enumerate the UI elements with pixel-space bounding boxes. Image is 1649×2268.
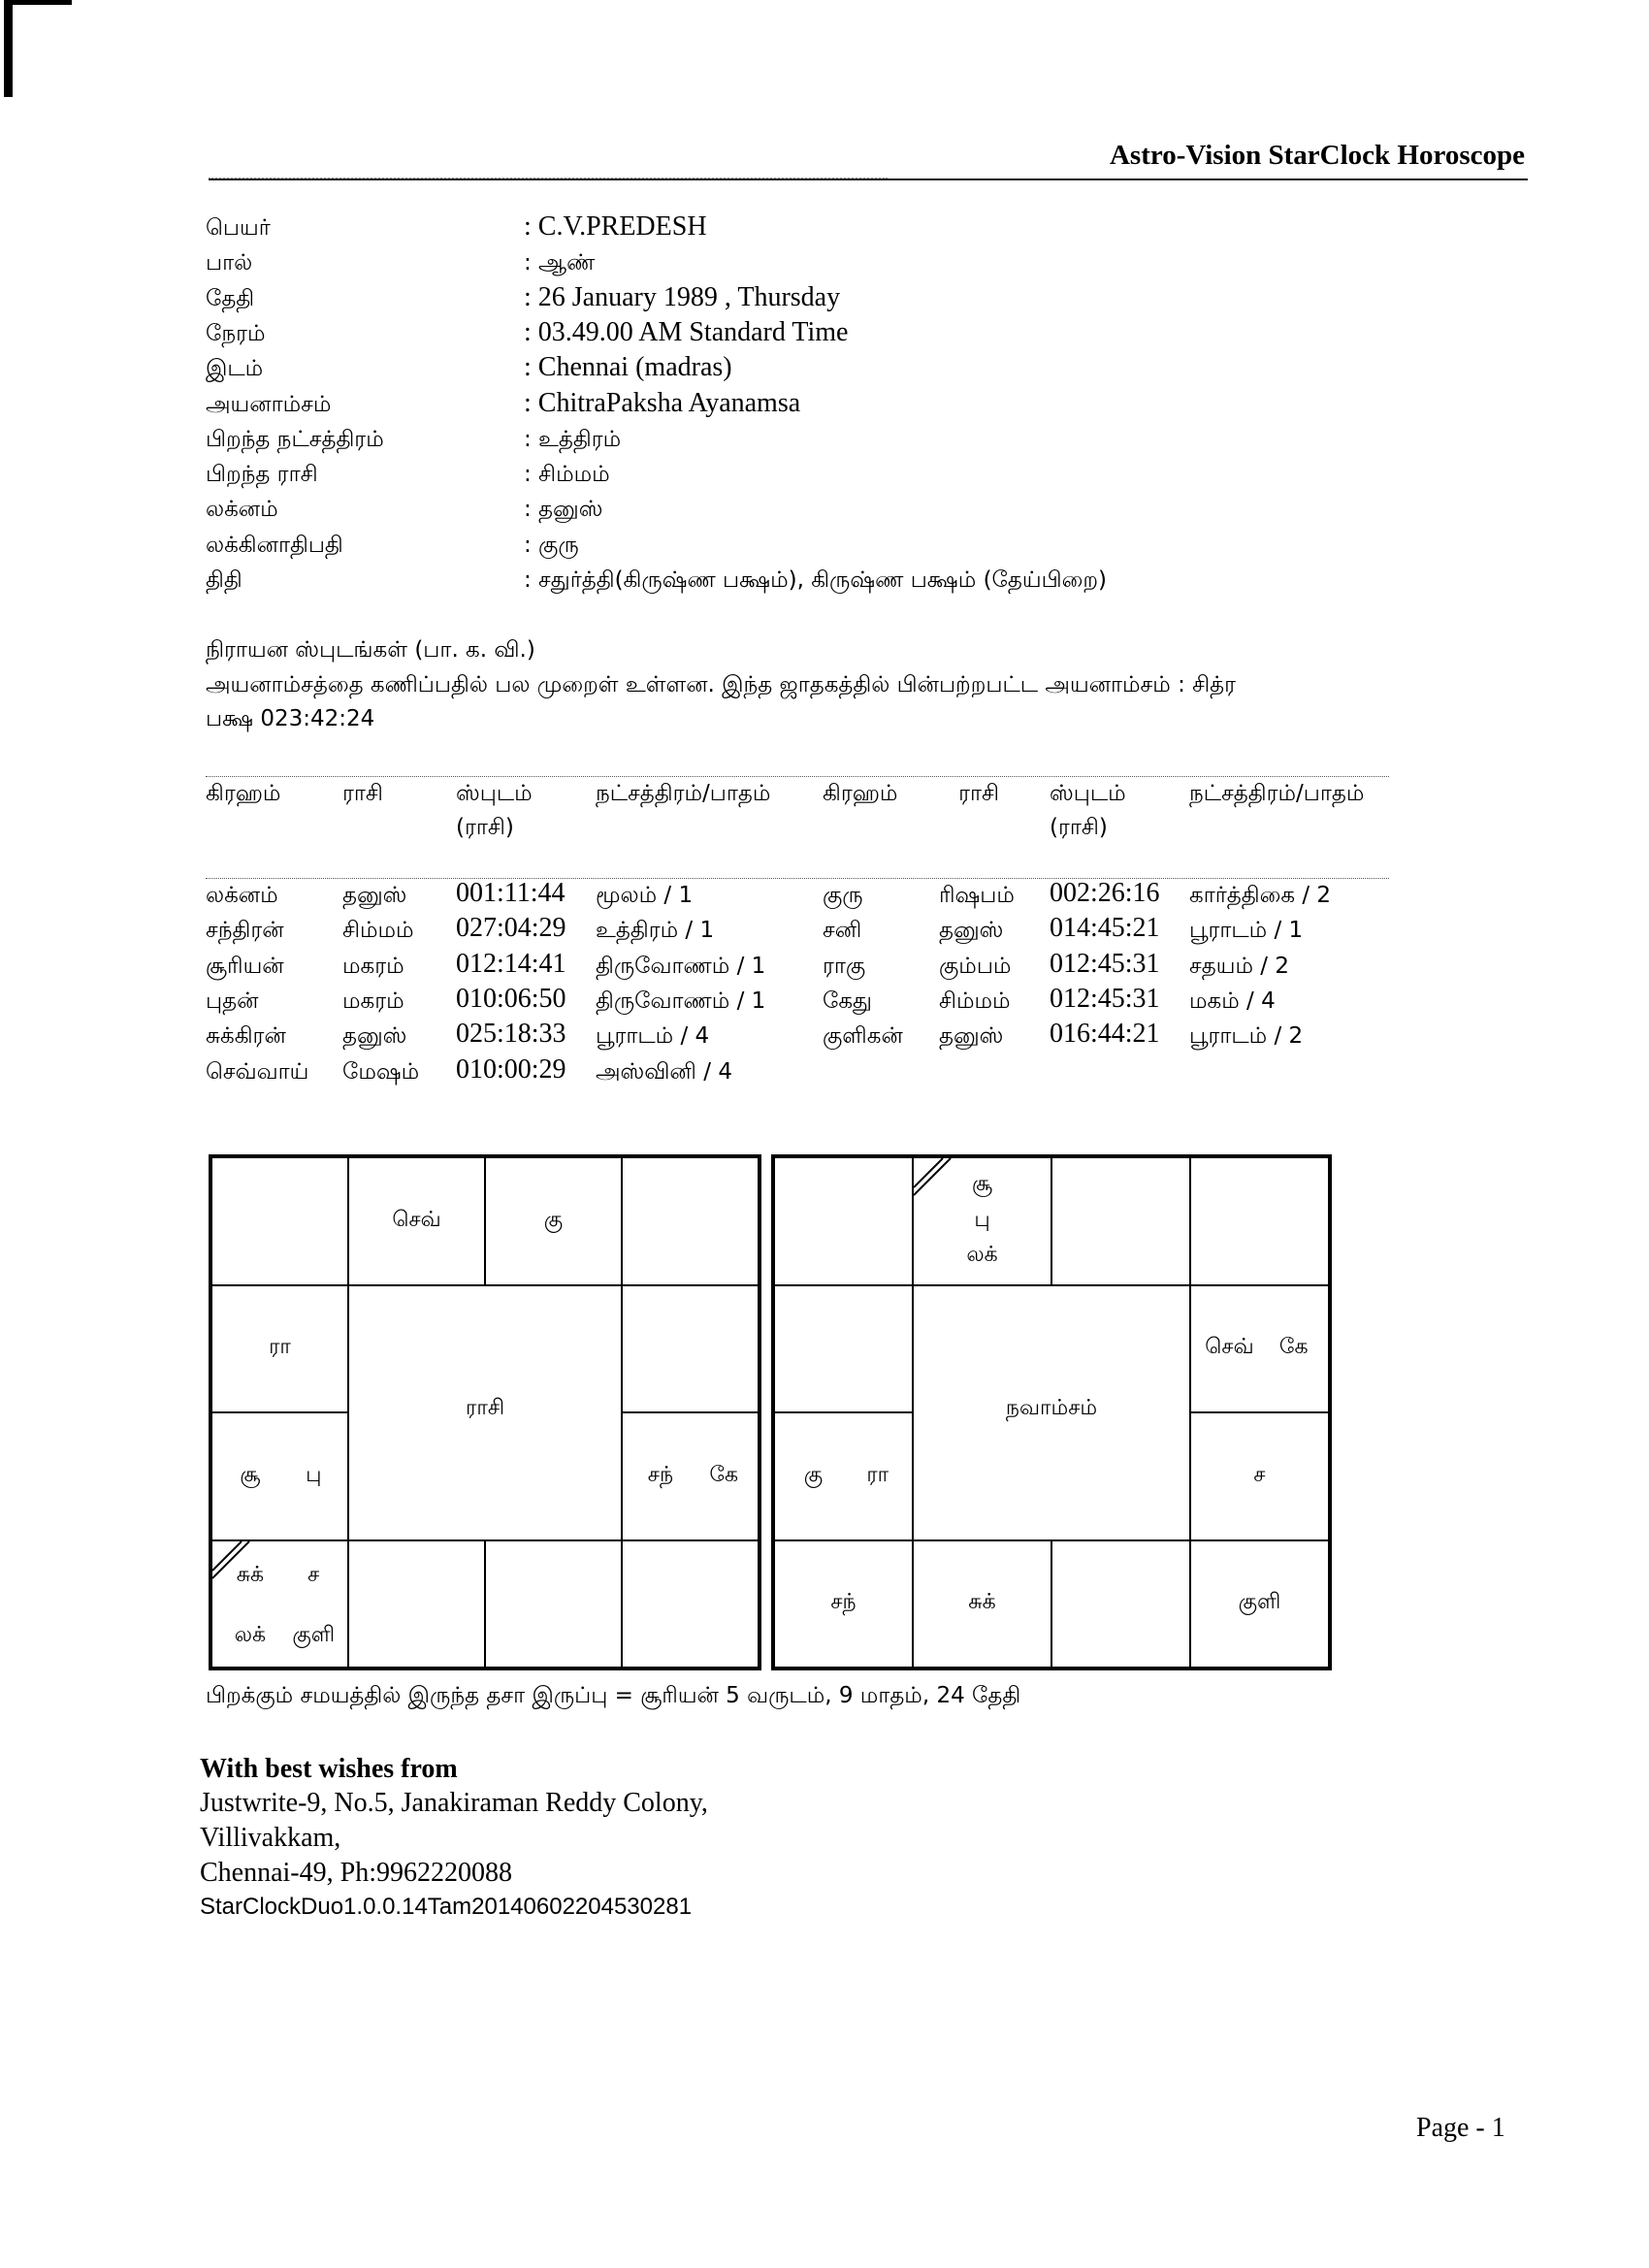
table-cell: தனுஸ்	[342, 883, 406, 911]
table-cell: 001:11:44	[456, 878, 566, 909]
navamsa-house-r3c1: சுக்	[913, 1540, 1051, 1669]
info-value: : ஆண்	[524, 250, 595, 278]
rasi-house-r0c0	[211, 1157, 348, 1285]
info-label: லக்கினாதிபதி	[206, 533, 343, 561]
nirayana-title: நிராயன ஸ்புடங்கள் (பா. க. வி.)	[206, 637, 535, 665]
info-row: லக்னம்: தனுஸ்	[206, 497, 1564, 532]
table-header: ஸ்புடம்	[1050, 781, 1126, 809]
table-cell: பூராடம் / 1	[1189, 918, 1303, 946]
info-label: திதி	[206, 567, 242, 596]
scan-corner-mark	[4, 0, 13, 97]
rasi-planet: செவ்	[392, 1208, 440, 1235]
info-row: லக்கினாதிபதி: குரு	[206, 533, 1564, 567]
table-cell: சனி	[823, 918, 861, 946]
table-header: ஸ்புடம்	[456, 781, 533, 809]
navamsa-house-r2c3: ச	[1190, 1412, 1329, 1540]
footer-address-3: Chennai-49, Ph:9962220088	[200, 1858, 512, 1889]
table-cell: மூலம் / 1	[596, 883, 693, 911]
navamsa-house-r1c0	[774, 1285, 913, 1413]
table-top-rule	[206, 776, 1389, 777]
table-cell: கும்பம்	[939, 954, 1011, 982]
rasi-chart: செவ்குராசூபுசந்கேசுக்சலக்குளிராசி	[209, 1154, 761, 1670]
header-rule	[209, 178, 1528, 180]
navamsa-house-r1c3: செவ்கே	[1190, 1285, 1329, 1413]
dasa-balance: பிறக்கும் சமயத்தில் இருந்த தசா இருப்பு =…	[206, 1683, 1020, 1711]
navamsa-planet: ரா	[866, 1463, 889, 1490]
navamsa-planet: சூ	[972, 1172, 992, 1199]
info-value: : 03.49.00 AM Standard Time	[524, 317, 848, 348]
info-label: பால்	[206, 250, 252, 278]
navamsa-center: நவாம்சம்	[913, 1285, 1190, 1540]
table-cell: 012:14:41	[456, 949, 566, 980]
table-cell: திருவோணம் / 1	[596, 988, 765, 1017]
navamsa-planet: கே	[1279, 1335, 1309, 1362]
info-label: அயனாம்சம்	[206, 392, 331, 420]
rasi-planet: சூ	[240, 1463, 260, 1490]
table-cell: கேது	[823, 988, 872, 1017]
table-cell: 016:44:21	[1050, 1019, 1160, 1050]
table-cell: தனுஸ்	[939, 918, 1003, 946]
navamsa-house-r0c2	[1051, 1157, 1190, 1285]
table-header: கிரஹம்	[823, 781, 897, 809]
table-cell: மகரம்	[342, 954, 404, 982]
table-cell: தனுஸ்	[342, 1023, 406, 1052]
info-value: : C.V.PREDESH	[524, 211, 707, 243]
rasi-house-r1c0: ரா	[211, 1285, 348, 1413]
table-cell: கார்த்திகை / 2	[1189, 883, 1331, 911]
info-label: லக்னம்	[206, 497, 278, 525]
info-value: : உத்திரம்	[524, 427, 621, 455]
info-row: பிறந்த நட்சத்திரம்: உத்திரம்	[206, 427, 1564, 462]
rasi-house-r3c2	[485, 1540, 622, 1669]
table-cell: 002:26:16	[1050, 878, 1160, 909]
table-cell: திருவோணம் / 1	[596, 954, 765, 982]
info-value: : குரு	[524, 533, 579, 561]
rasi-planet: ரா	[269, 1335, 291, 1362]
info-row: பெயர்: C.V.PREDESH	[206, 215, 1564, 250]
rasi-planet: சந்	[648, 1463, 673, 1490]
info-value: : 26 January 1989 , Thursday	[524, 282, 840, 313]
table-subheader: (ராசி)	[456, 815, 514, 843]
info-row: பால்: ஆண்	[206, 250, 1564, 285]
footer-address-2: Villivakkam,	[200, 1823, 340, 1854]
table-header: நட்சத்திரம்/பாதம்	[596, 781, 770, 809]
info-value: : ChitraPaksha Ayanamsa	[524, 388, 800, 419]
table-cell: அஸ்வினி / 4	[596, 1059, 732, 1087]
rasi-house-r2c0: சூபு	[211, 1412, 348, 1540]
page-number: Page - 1	[1416, 2113, 1505, 2144]
table-header-rule	[206, 878, 1389, 879]
navamsa-house-r0c0	[774, 1157, 913, 1285]
info-label: பிறந்த ராசி	[206, 462, 318, 490]
rasi-house-r3c1	[348, 1540, 485, 1669]
navamsa-planet: சந்	[830, 1590, 856, 1617]
navamsa-planet: ச	[1253, 1463, 1265, 1490]
info-row: பிறந்த ராசி: சிம்மம்	[206, 462, 1564, 497]
navamsa-house-r3c0: சந்	[774, 1540, 913, 1669]
navamsa-planet: கு	[804, 1463, 823, 1490]
rasi-house-r3c3	[622, 1540, 759, 1669]
rasi-center: ராசி	[348, 1285, 622, 1540]
table-cell: புதன்	[206, 988, 258, 1017]
table-cell: லக்னம்	[206, 883, 278, 911]
table-cell: பூராடம் / 2	[1189, 1023, 1303, 1052]
navamsa-planet: செவ்	[1205, 1335, 1253, 1362]
ayanamsa-note-line-2: பக்ஷ 023:42:24	[206, 706, 374, 734]
table-subheader: (ராசி)	[1050, 815, 1108, 843]
rasi-planet: குளி	[292, 1623, 335, 1650]
rasi-house-r0c1: செவ்	[348, 1157, 485, 1285]
rasi-house-r0c2: கு	[485, 1157, 622, 1285]
table-cell: 010:06:50	[456, 984, 566, 1015]
navamsa-chart: சூபுலக்செவ்கேகுராசசந்சுக்குளிநவாம்சம்	[771, 1154, 1332, 1670]
table-cell: 027:04:29	[456, 913, 566, 944]
rasi-planet: கு	[544, 1208, 563, 1235]
rasi-planet: லக்	[235, 1623, 266, 1650]
table-header: ராசி	[937, 781, 999, 809]
info-label: பெயர்	[206, 215, 271, 243]
navamsa-house-r2c0: குரா	[774, 1412, 913, 1540]
table-cell: 012:45:31	[1050, 949, 1160, 980]
table-cell: செவ்வாய்	[206, 1059, 308, 1087]
table-cell: சூரியன்	[206, 954, 284, 982]
table-cell: மகம் / 4	[1189, 988, 1276, 1017]
table-cell: சுக்கிரன்	[206, 1023, 286, 1052]
rasi-title: ராசி	[466, 1396, 504, 1423]
table-cell: சந்திரன்	[206, 918, 284, 946]
table-cell: சிம்மம்	[342, 918, 414, 946]
rasi-house-r0c3	[622, 1157, 759, 1285]
table-header: நட்சத்திரம்/பாதம்	[1189, 781, 1364, 809]
table-cell: 025:18:33	[456, 1019, 566, 1050]
lagna-marker-icon	[914, 1158, 962, 1207]
info-label: இடம்	[206, 356, 263, 384]
table-cell: மேஷம்	[342, 1059, 419, 1087]
table-header: கிரஹம்	[206, 781, 280, 809]
navamsa-house-r3c3: குளி	[1190, 1540, 1329, 1669]
navamsa-title: நவாம்சம்	[1006, 1396, 1097, 1423]
table-cell: ராகு	[823, 954, 865, 982]
table-cell: குரு	[823, 883, 863, 911]
info-row: அயனாம்சம்: ChitraPaksha Ayanamsa	[206, 392, 1564, 427]
table-cell: உத்திரம் / 1	[596, 918, 714, 946]
table-cell: சிம்மம்	[939, 988, 1011, 1017]
document-title: Astro-Vision StarClock Horoscope	[1110, 140, 1525, 172]
table-cell: பூராடம் / 4	[596, 1023, 709, 1052]
lagna-marker-icon	[212, 1541, 261, 1590]
navamsa-planet: பு	[974, 1208, 989, 1235]
rasi-planet: பு	[306, 1463, 321, 1490]
table-cell: ரிஷபம்	[939, 883, 1015, 911]
table-cell: 012:45:31	[1050, 984, 1160, 1015]
info-value: : தனுஸ்	[524, 497, 602, 525]
info-row: திதி: சதுர்த்தி(கிருஷ்ண பக்ஷம்), கிருஷ்ண…	[206, 567, 1564, 602]
ayanamsa-note-line-1: அயனாம்சத்தை கணிப்பதில் பல முறைள் உள்ளன. …	[206, 672, 1236, 700]
table-cell: குளிகன்	[823, 1023, 903, 1052]
info-label: தேதி	[206, 286, 254, 314]
info-value: : சிம்மம்	[524, 462, 610, 490]
table-cell: மகரம்	[342, 988, 404, 1017]
footer-wishes: With best wishes from	[200, 1754, 458, 1785]
info-row: நேரம்: 03.49.00 AM Standard Time	[206, 321, 1564, 356]
info-label: நேரம்	[206, 321, 265, 349]
info-value: : Chennai (madras)	[524, 352, 732, 383]
table-cell: தனுஸ்	[939, 1023, 1003, 1052]
software-code: StarClockDuo1.0.0.14Tam20140602204530281	[200, 1894, 692, 1921]
info-label: பிறந்த நட்சத்திரம்	[206, 427, 384, 455]
table-cell: 014:45:21	[1050, 913, 1160, 944]
table-cell: 010:00:29	[456, 1054, 566, 1085]
rasi-house-r1c3	[622, 1285, 759, 1413]
navamsa-house-r0c3	[1190, 1157, 1329, 1285]
navamsa-house-r0c1: சூபுலக்	[913, 1157, 1051, 1285]
rasi-planet: ச	[307, 1563, 319, 1590]
rasi-planet: கே	[709, 1463, 738, 1490]
navamsa-planet: லக்	[966, 1243, 997, 1270]
navamsa-planet: குளி	[1239, 1590, 1281, 1617]
footer-address-1: Justwrite-9, No.5, Janakiraman Reddy Col…	[200, 1788, 708, 1819]
info-row: தேதி: 26 January 1989 , Thursday	[206, 286, 1564, 321]
scan-corner-mark-top	[4, 0, 72, 5]
info-value: : சதுர்த்தி(கிருஷ்ண பக்ஷம்), கிருஷ்ண பக்…	[524, 567, 1107, 596]
table-cell: சதயம் / 2	[1189, 954, 1289, 982]
info-row: இடம்: Chennai (madras)	[206, 356, 1564, 391]
rasi-house-r2c3: சந்கே	[622, 1412, 759, 1540]
navamsa-planet: சுக்	[968, 1590, 995, 1617]
rasi-house-r3c0: சுக்சலக்குளி	[211, 1540, 348, 1669]
navamsa-house-r3c2	[1051, 1540, 1190, 1669]
table-header: ராசி	[342, 781, 383, 809]
